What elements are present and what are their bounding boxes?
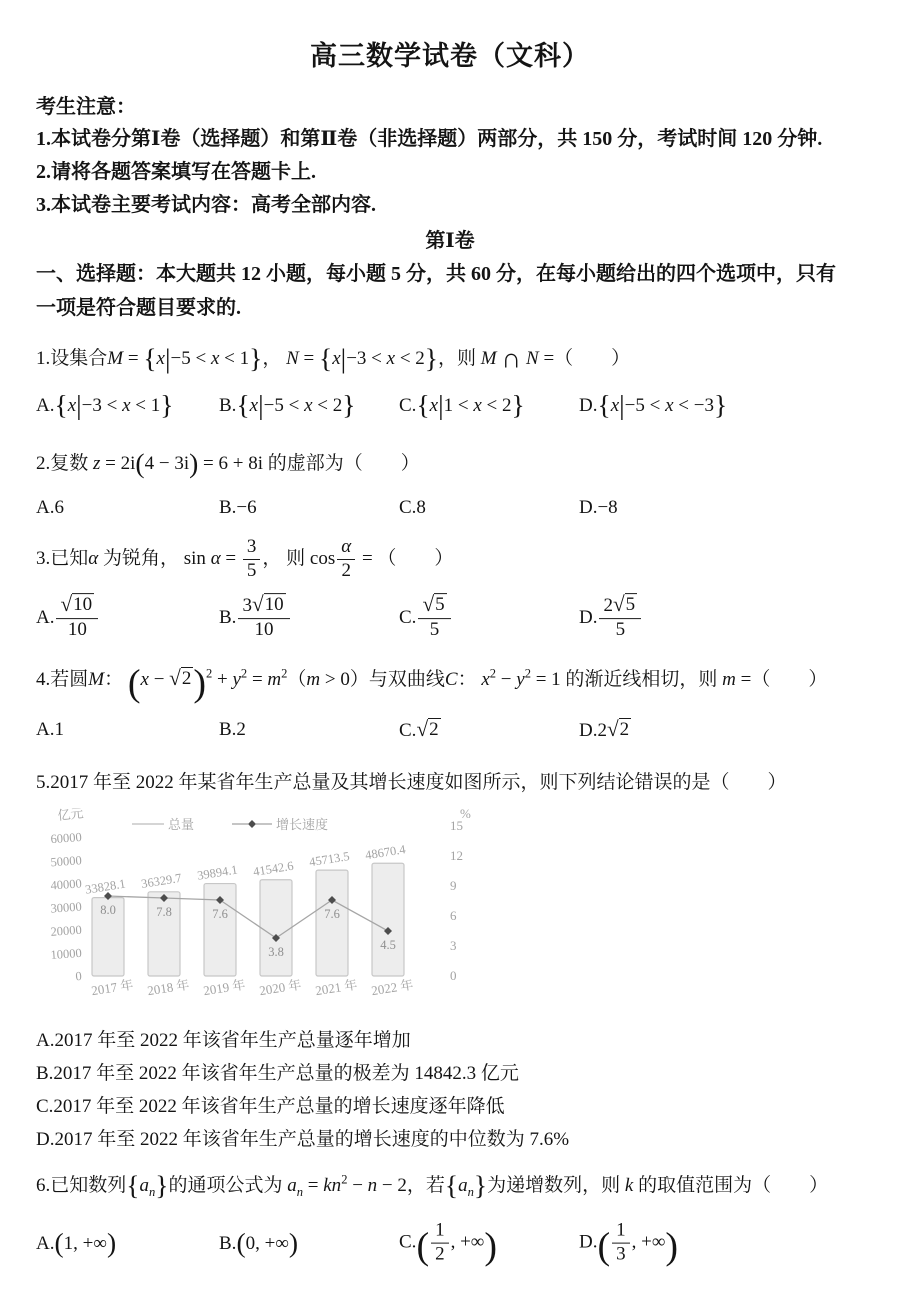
x-axis-label: 2018 年 [146, 977, 190, 998]
left-axis-tick: 60000 [50, 830, 82, 846]
right-axis-tick: 15 [450, 818, 463, 833]
legend-total-label: 总量 [168, 817, 194, 832]
growth-value-label: 7.6 [324, 907, 340, 921]
q1-option-b: B.{x|−5 < x < 2} [219, 391, 355, 419]
bar-value-label: 33828.1 [84, 876, 126, 896]
q2-option-a: A.6 [36, 497, 64, 519]
q4-options: A.1 B.2 C.√2 D.2√2 [36, 711, 864, 749]
growth-value-label: 7.6 [212, 907, 228, 921]
x-axis-label: 2021 年 [314, 977, 358, 998]
section-header: 第Ⅰ卷 [36, 225, 864, 257]
q4-option-a: A.1 [36, 719, 64, 741]
question-3: 3.已知α 为锐角， sin α = 35， 则 cosα2 = （ ） A.√… [36, 537, 864, 650]
left-axis-tick: 30000 [50, 899, 82, 915]
q4-option-c: C.√2 [399, 718, 441, 742]
q6-options: A.(1, +∞) B.(0, +∞) C.(12, +∞) D.(13, +∞… [36, 1207, 864, 1279]
question-5: 5.2017 年至 2022 年某省年生产总量及其增长速度如图所示，则下列结论错… [36, 765, 864, 1156]
q5-option-a: A.2017 年至 2022 年该省年生产总量逐年增加 [36, 1024, 864, 1057]
right-axis-tick: 3 [450, 938, 457, 953]
section-intro-line1: 一、选择题：本大题共 12 小题，每小题 5 分，共 60 分，在每小题给出的四… [36, 257, 864, 291]
x-axis-label: 2020 年 [258, 977, 302, 998]
gdp-chart-svg: 亿元%0100002000030000400005000060000036912… [36, 808, 496, 1016]
growth-value-label: 3.8 [268, 945, 284, 959]
q3-stem: 3.已知α 为锐角， sin α = 35， 则 cosα2 = （ ） [36, 537, 864, 582]
q2-option-d: D.−8 [579, 497, 618, 519]
left-axis-tick: 0 [75, 969, 82, 983]
q1-option-c: C.{x|1 < x < 2} [399, 391, 525, 419]
q1-option-d: D.{x|−5 < x < −3} [579, 391, 727, 419]
exam-title: 高三数学试卷（文科） [36, 34, 864, 73]
question-2: 2.复数 z = 2i(4 − 3i) = 6 + 8i 的虚部为（ ） A.6… [36, 446, 864, 523]
q2-option-b: B.−6 [219, 497, 257, 519]
bar-value-label: 39894.1 [196, 862, 238, 882]
bar-value-label: 45713.5 [308, 849, 350, 869]
notice-item-1: 1.本试卷分第Ⅰ卷（选择题）和第Ⅱ卷（非选择题）两部分，共 150 分，考试时间… [36, 123, 864, 156]
q1-stem: 1.设集合M = {x|−5 < x < 1}， N = {x|−3 < x <… [36, 341, 864, 376]
right-axis-tick: 6 [450, 908, 457, 923]
q6-option-a: A.(1, +∞) [36, 1229, 116, 1257]
legend-growth-marker [248, 820, 256, 828]
x-axis-label: 2019 年 [202, 977, 246, 998]
x-axis-label: 2017 年 [90, 977, 134, 998]
question-1: 1.设集合M = {x|−5 < x < 1}， N = {x|−3 < x <… [36, 341, 864, 428]
notice-item-2: 2.请将各题答案填写在答题卡上. [36, 156, 864, 189]
q5-option-d: D.2017 年至 2022 年该省年生产总量的增长速度的中位数为 7.6% [36, 1123, 864, 1156]
question-4: 4.若圆M： (x − √2)2 + y2 = m2（m > 0）与双曲线C： … [36, 662, 864, 749]
bar-value-label: 41542.6 [252, 859, 294, 879]
right-axis-tick: 0 [450, 968, 457, 983]
total-bar [260, 880, 292, 976]
q3-options: A.√1010 B.3√1010 C.√55 D.2√55 [36, 584, 864, 650]
left-axis-tick: 40000 [50, 876, 82, 892]
exam-paper-page: 高三数学试卷（文科） 考生注意： 1.本试卷分第Ⅰ卷（选择题）和第Ⅱ卷（非选择题… [0, 0, 900, 1301]
q1-option-a: A.{x|−3 < x < 1} [36, 391, 174, 419]
q3-option-b: B.3√1010 [219, 593, 292, 641]
notice-heading: 考生注意： [36, 91, 864, 123]
q6-stem: 6.已知数列{an}的通项公式为 an = kn2 − n − 2，若{an}为… [36, 1168, 864, 1203]
q2-stem: 2.复数 z = 2i(4 − 3i) = 6 + 8i 的虚部为（ ） [36, 446, 864, 481]
q6-option-b: B.(0, +∞) [219, 1229, 298, 1257]
x-axis-label: 2022 年 [370, 977, 414, 998]
left-axis-tick: 20000 [50, 923, 82, 939]
left-axis-unit-label: 亿元 [57, 808, 84, 823]
q4-option-d: D.2√2 [579, 718, 631, 742]
q6-option-d: D.(13, +∞) [579, 1221, 678, 1266]
question-6: 6.已知数列{an}的通项公式为 an = kn2 − n − 2，若{an}为… [36, 1168, 864, 1279]
total-bar [372, 863, 404, 976]
right-axis-tick: 12 [450, 848, 463, 863]
notice-item-3: 3.本试卷主要考试内容：高考全部内容. [36, 189, 864, 222]
q6-option-c: C.(12, +∞) [399, 1221, 497, 1266]
q4-stem: 4.若圆M： (x − √2)2 + y2 = m2（m > 0）与双曲线C： … [36, 662, 864, 703]
q4-option-b: B.2 [219, 719, 246, 741]
bar-value-label: 48670.4 [364, 842, 407, 862]
total-bar [316, 870, 348, 976]
bar-value-label: 36329.7 [140, 871, 182, 891]
q1-options: A.{x|−3 < x < 1} B.{x|−5 < x < 2} C.{x|1… [36, 382, 864, 428]
legend-growth-label: 增长速度 [276, 817, 328, 832]
growth-value-label: 7.8 [156, 905, 172, 919]
left-axis-tick: 10000 [50, 946, 82, 962]
q2-option-c: C.8 [399, 497, 426, 519]
q2-options: A.6 B.−6 C.8 D.−8 [36, 493, 864, 523]
section-intro-line2: 一项是符合题目要求的. [36, 291, 864, 325]
left-axis-tick: 50000 [50, 853, 82, 869]
q3-option-a: A.√1010 [36, 593, 100, 641]
q5-option-c: C.2017 年至 2022 年该省年生产总量的增长速度逐年降低 [36, 1090, 864, 1123]
growth-value-label: 4.5 [380, 938, 396, 952]
gdp-chart-figure: 亿元%0100002000030000400005000060000036912… [36, 808, 496, 1016]
q5-stem: 5.2017 年至 2022 年某省年生产总量及其增长速度如图所示，则下列结论错… [36, 765, 864, 800]
right-axis-tick: 9 [450, 878, 457, 893]
q3-option-c: C.√55 [399, 593, 453, 641]
q3-option-d: D.2√55 [579, 593, 643, 641]
growth-value-label: 8.0 [100, 903, 116, 917]
q5-option-b: B.2017 年至 2022 年该省年生产总量的极差为 14842.3 亿元 [36, 1057, 864, 1090]
